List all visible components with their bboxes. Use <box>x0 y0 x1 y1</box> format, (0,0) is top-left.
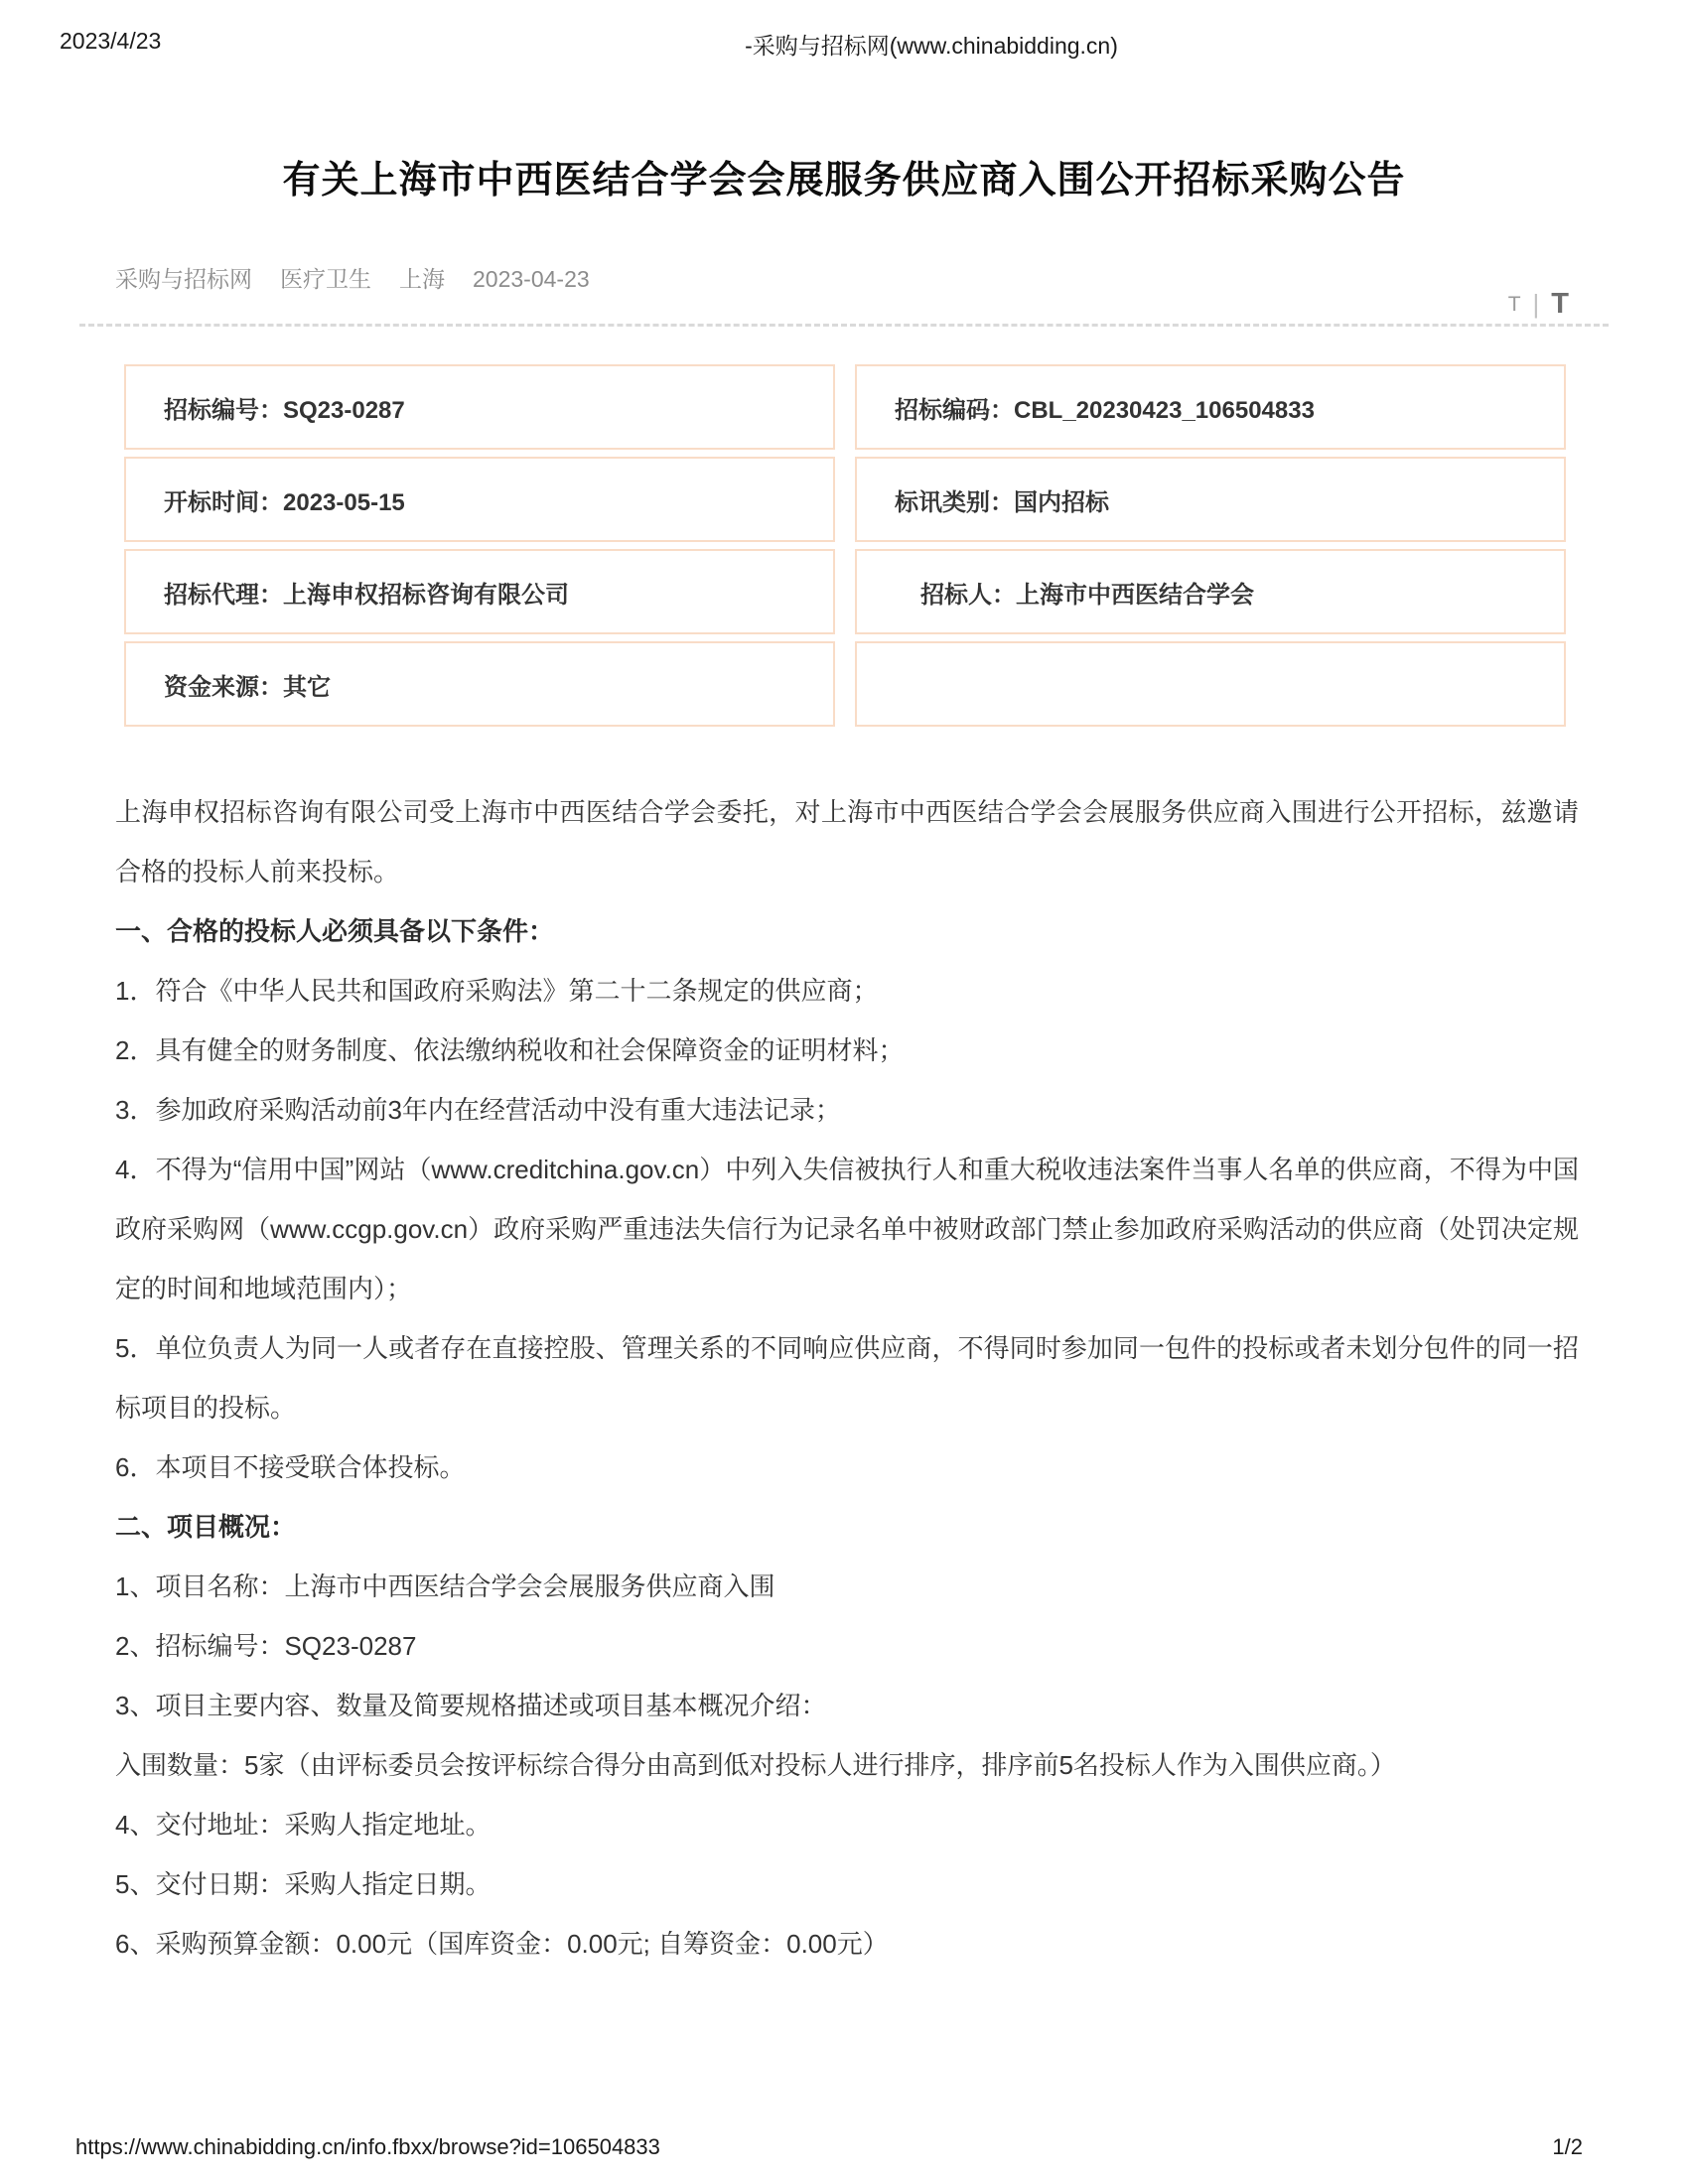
body-paragraph: 2、招标编号：SQ23-0287 <box>115 1616 1579 1676</box>
meta-source: 采购与招标网 <box>115 261 252 294</box>
body-paragraph: 4．不得为“信用中国”网站（www.creditchina.gov.cn）中列入… <box>115 1140 1579 1318</box>
info-table-cell: 开标时间：2023-05-15 <box>124 457 835 542</box>
info-table-cell: 招标编码：CBL_20230423_106504833 <box>855 364 1566 450</box>
dashed-divider <box>79 324 1609 327</box>
page-title: 有关上海市中西医结合学会会展服务供应商入围公开招标采购公告 <box>129 157 1559 205</box>
body-paragraph: 6、采购预算金额：0.00元（国库资金：0.00元; 自筹资金：0.00元） <box>115 1914 1579 1974</box>
body-paragraph: 5、交付日期：采购人指定日期。 <box>115 1854 1579 1914</box>
info-table-cell: 招标代理：上海申权招标咨询有限公司 <box>124 549 835 634</box>
font-toggle-separator: | <box>1533 289 1540 320</box>
info-table-cell: 招标人：上海市中西医结合学会 <box>855 549 1566 634</box>
body-paragraph: 2．具有健全的财务制度、依法缴纳税收和社会保障资金的证明材料； <box>115 1021 1579 1080</box>
section-heading: 二、项目概况： <box>115 1497 1579 1557</box>
print-header-date: 2023/4/23 <box>60 28 161 55</box>
meta-region: 上海 <box>399 261 445 294</box>
info-table-cell: 招标编号：SQ23-0287 <box>124 364 835 450</box>
meta-date: 2023-04-23 <box>473 266 590 293</box>
body-paragraph: 5．单位负责人为同一人或者存在直接控股、管理关系的不同响应供应商，不得同时参加同… <box>115 1318 1579 1437</box>
print-footer-page-indicator: 1/2 <box>1552 2134 1583 2160</box>
font-smaller-button[interactable]: T <box>1508 293 1521 317</box>
body-paragraph: 1．符合《中华人民共和国政府采购法》第二十二条规定的供应商； <box>115 961 1579 1021</box>
body-paragraph: 3、项目主要内容、数量及简要规格描述或项目基本概况介绍： <box>115 1676 1579 1735</box>
print-footer-url: https://www.chinabidding.cn/info.fbxx/br… <box>75 2134 660 2160</box>
article-body: 上海申权招标咨询有限公司受上海市中西医结合学会委托，对上海市中西医结合学会会展服… <box>115 782 1579 1974</box>
body-paragraph: 6．本项目不接受联合体投标。 <box>115 1437 1579 1497</box>
section-heading: 一、合格的投标人必须具备以下条件： <box>115 901 1579 961</box>
info-table-cell-empty <box>855 641 1566 727</box>
font-larger-button[interactable]: T <box>1551 288 1569 321</box>
meta-category: 医疗卫生 <box>280 261 371 294</box>
print-header-title: -采购与招标网(www.chinabidding.cn) <box>745 28 1118 61</box>
body-paragraph: 4、交付地址：采购人指定地址。 <box>115 1795 1579 1854</box>
body-paragraph: 1、项目名称：上海市中西医结合学会会展服务供应商入围 <box>115 1557 1579 1616</box>
print-header: 2023/4/23 -采购与招标网(www.chinabidding.cn) <box>60 28 1628 58</box>
body-paragraph: 3．参加政府采购活动前3年内在经营活动中没有重大违法记录； <box>115 1080 1579 1140</box>
info-table-cell: 资金来源：其它 <box>124 641 835 727</box>
article-meta: 采购与招标网 医疗卫生 上海 2023-04-23 <box>115 261 1688 294</box>
font-size-toggle: T | T <box>1508 288 1569 321</box>
info-table: 招标编号：SQ23-0287招标编码：CBL_20230423_10650483… <box>124 364 1566 727</box>
body-paragraph: 入围数量：5家（由评标委员会按评标综合得分由高到低对投标人进行排序，排序前5名投… <box>115 1735 1579 1795</box>
info-table-cell: 标讯类别：国内招标 <box>855 457 1566 542</box>
print-footer: https://www.chinabidding.cn/info.fbxx/br… <box>75 2134 1583 2160</box>
body-paragraph: 上海申权招标咨询有限公司受上海市中西医结合学会委托，对上海市中西医结合学会会展服… <box>115 782 1579 901</box>
